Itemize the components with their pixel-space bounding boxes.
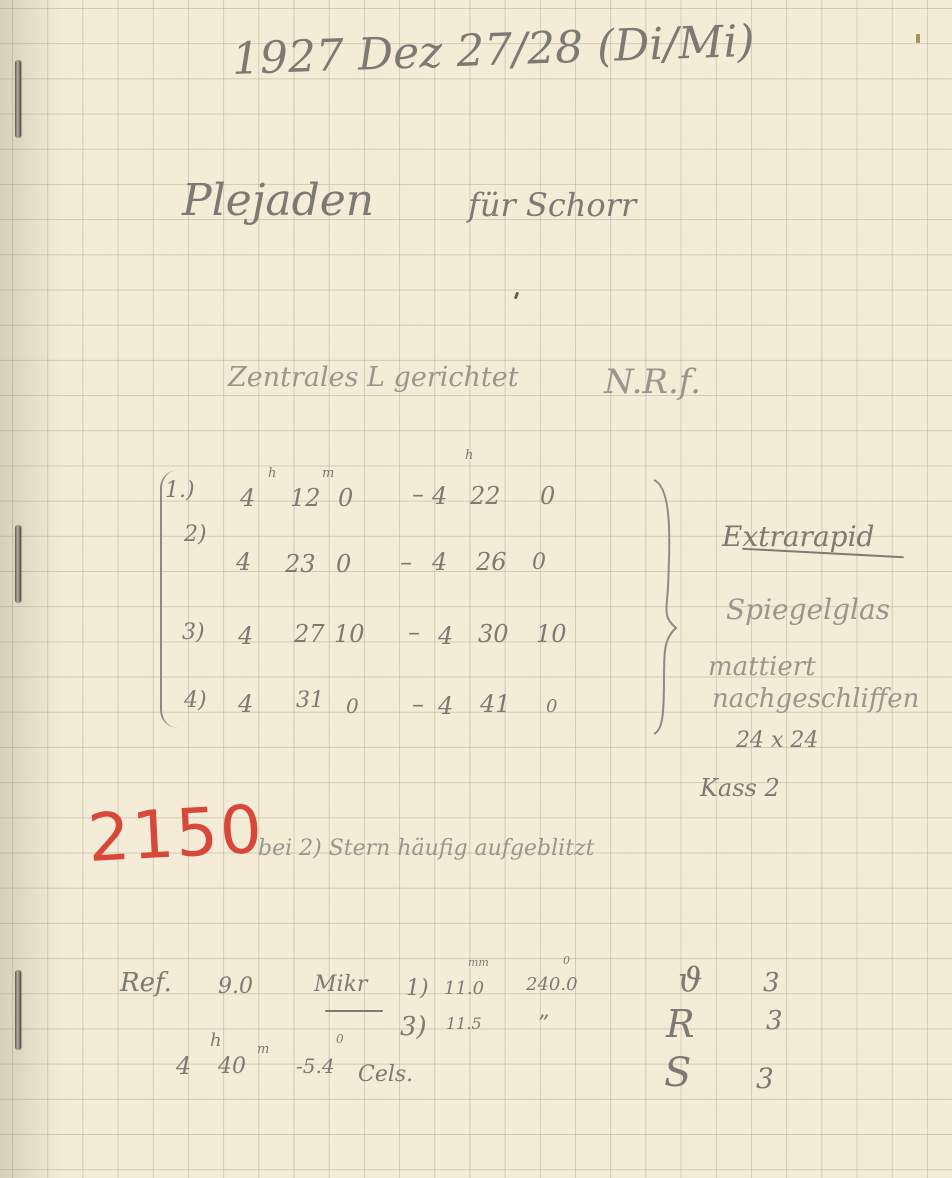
end-separator: – xyxy=(412,480,424,508)
method-code: N.R.f. xyxy=(604,362,701,402)
page-title: Plejaden xyxy=(182,175,374,226)
glass-type: Spiegelglas xyxy=(726,593,890,626)
condition-value: 3 xyxy=(766,1006,783,1036)
start-min: 12 xyxy=(290,484,321,512)
ditto-mark: ” xyxy=(538,1012,549,1037)
start-hour: 4 xyxy=(238,690,253,718)
end-min: 30 xyxy=(478,620,509,648)
plate-size: 24 x 24 xyxy=(736,728,818,753)
end-hour: 4 xyxy=(438,622,453,650)
cassette: Kass 2 xyxy=(700,774,780,802)
end-min: 22 xyxy=(470,482,501,510)
start-hour: 4 xyxy=(240,484,255,512)
time-hour: 4 xyxy=(176,1052,191,1080)
mikr-label: Mikr xyxy=(314,972,367,997)
end-sec: 0 xyxy=(540,482,555,510)
end-separator: – xyxy=(408,618,420,646)
time-min: 40 xyxy=(218,1054,246,1079)
hour-unit: h xyxy=(465,448,473,463)
ink-speck xyxy=(916,34,920,43)
finish-line-1: mattiert xyxy=(708,652,816,682)
left-bracket xyxy=(160,470,184,728)
staple-icon xyxy=(15,970,21,1050)
row-label: 1.) xyxy=(165,478,195,503)
condition-value: 3 xyxy=(763,968,780,998)
row-label: 2) xyxy=(184,522,207,547)
hour-unit: h xyxy=(210,1030,222,1051)
condition-symbol: S xyxy=(664,1050,691,1096)
temperature: -5.4 xyxy=(296,1054,335,1078)
row-label: 3) xyxy=(182,620,205,645)
end-sec: 0 xyxy=(546,696,557,717)
degree-mark: 0 xyxy=(336,1032,344,1046)
condition-value: 3 xyxy=(756,1062,774,1095)
start-sec: 0 xyxy=(336,550,351,578)
end-min: 26 xyxy=(476,548,507,576)
reading-value: 11.0 xyxy=(444,978,484,999)
reading-label: 3) xyxy=(400,1012,427,1042)
right-brace xyxy=(650,478,680,736)
end-hour: 4 xyxy=(432,548,447,576)
finish-line-2: nachgeschliffen xyxy=(712,684,919,714)
min-unit: m xyxy=(257,1042,269,1057)
angle-unit: 0 xyxy=(563,954,570,967)
reading-angle: 240.0 xyxy=(526,974,578,995)
page-subtitle: für Schorr xyxy=(468,186,636,224)
min-unit: m xyxy=(322,466,334,481)
method-text: Zentrales L gerichtet xyxy=(228,362,519,393)
ref-label: Ref. xyxy=(120,968,172,998)
start-min: 27 xyxy=(294,620,325,648)
start-min: 31 xyxy=(296,688,324,713)
start-hour: 4 xyxy=(236,548,251,576)
temp-unit: Cels. xyxy=(358,1062,413,1087)
remark: bei 2) Stern häufig aufgeblitzt xyxy=(258,836,594,861)
end-min: 41 xyxy=(480,690,511,718)
end-sec: 0 xyxy=(532,550,546,575)
start-sec: 0 xyxy=(346,694,359,718)
start-min: 23 xyxy=(285,550,316,578)
reading-label: 1) xyxy=(406,976,429,1001)
end-hour: 4 xyxy=(432,482,447,510)
mikr-underline xyxy=(325,1010,383,1012)
ref-value: 9.0 xyxy=(218,974,253,999)
condition-symbol: ϑ xyxy=(678,960,702,1000)
notebook-page: 1927 Dez 27/28 (Di/Mi) Plejaden für Scho… xyxy=(0,0,952,1178)
red-plate-number: 2150 xyxy=(86,791,266,877)
ink-speck xyxy=(514,292,519,300)
end-sec: 10 xyxy=(536,620,567,648)
reading-unit: mm xyxy=(468,956,489,969)
reading-value: 11.5 xyxy=(446,1014,482,1033)
condition-symbol: R xyxy=(666,1002,695,1046)
row-label: 4) xyxy=(184,688,207,713)
end-separator: – xyxy=(400,548,412,576)
binding-shadow xyxy=(0,0,60,1178)
end-separator: – xyxy=(412,690,424,718)
staple-icon xyxy=(15,60,21,138)
date-line: 1927 Dez 27/28 (Di/Mi) xyxy=(231,16,755,85)
start-hour: 4 xyxy=(238,622,253,650)
hour-unit: h xyxy=(268,466,276,481)
staple-icon xyxy=(15,525,21,603)
start-sec: 10 xyxy=(334,620,365,648)
start-sec: 0 xyxy=(338,484,353,512)
end-hour: 4 xyxy=(438,692,453,720)
